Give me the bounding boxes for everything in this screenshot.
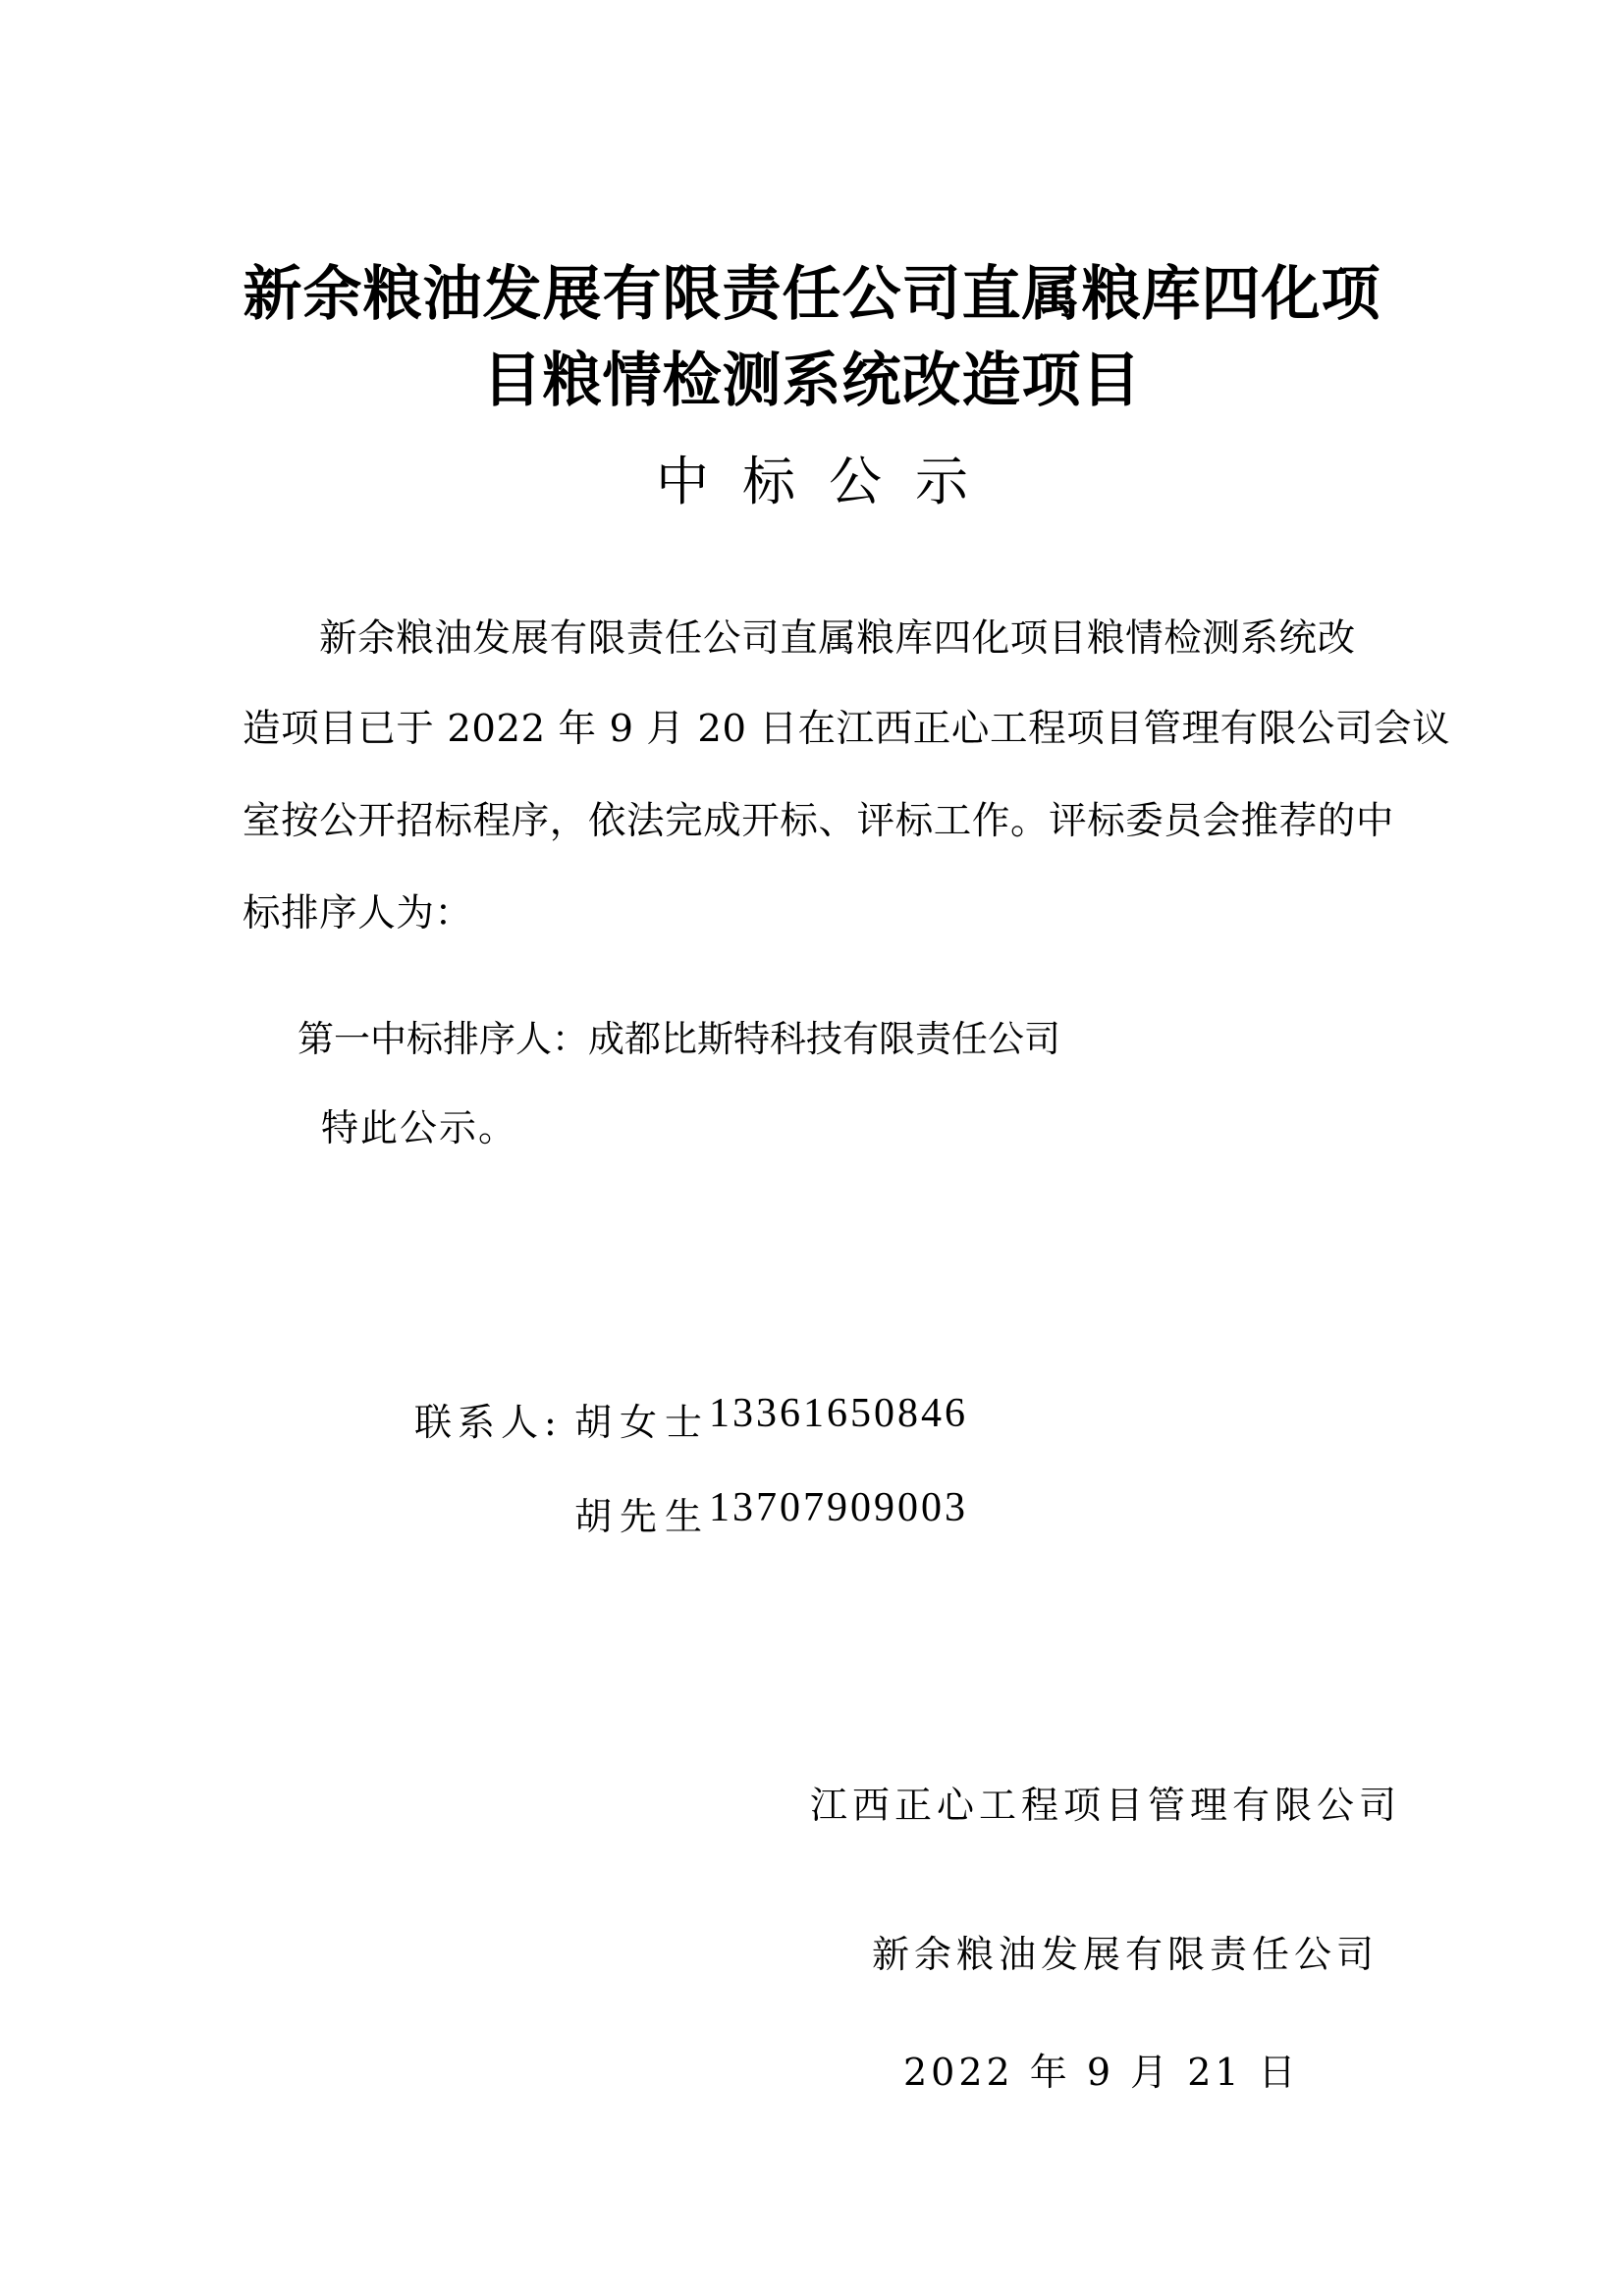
body-line-4: 标排序人为： bbox=[243, 883, 473, 937]
contact-name-2: 胡先生 bbox=[574, 1486, 710, 1540]
contact-name-1: 胡女士 bbox=[574, 1392, 710, 1446]
contact-phone-1: 13361650846 bbox=[709, 1390, 968, 1437]
closing-text: 特此公示。 bbox=[321, 1097, 517, 1151]
body-line-3: 室按公开招标程序，依法完成开标、评标工作。评标委员会推荐的中 bbox=[243, 791, 1394, 845]
winner-label: 第一中标排序人： bbox=[298, 1018, 588, 1060]
signature-date: 2022 年 9 月 21 日 bbox=[903, 2042, 1300, 2096]
winner-name: 成都比斯特科技有限责任公司 bbox=[588, 1018, 1060, 1060]
contact-phone-2: 13707909003 bbox=[709, 1484, 968, 1531]
contacts-label: 联系人: bbox=[414, 1392, 563, 1446]
body-line-1: 新余粮油发展有限责任公司直属粮库四化项目粮情检测系统改 bbox=[319, 609, 1356, 663]
body-line-2: 造项目已于 2022 年 9 月 20 日在江西正心工程项目管理有限公司会议 bbox=[243, 699, 1450, 753]
winner-line: 第一中标排序人：成都比斯特科技有限责任公司 bbox=[298, 1009, 1060, 1062]
title-line-1: 新余粮油发展有限责任公司直属粮库四化项 bbox=[0, 247, 1624, 332]
signature-agency: 江西正心工程项目管理有限公司 bbox=[810, 1775, 1401, 1829]
signature-owner: 新余粮油发展有限责任公司 bbox=[872, 1924, 1379, 1978]
title-line-2: 目粮情检测系统改造项目 bbox=[0, 334, 1624, 418]
subtitle: 中标公示 bbox=[0, 440, 1624, 515]
